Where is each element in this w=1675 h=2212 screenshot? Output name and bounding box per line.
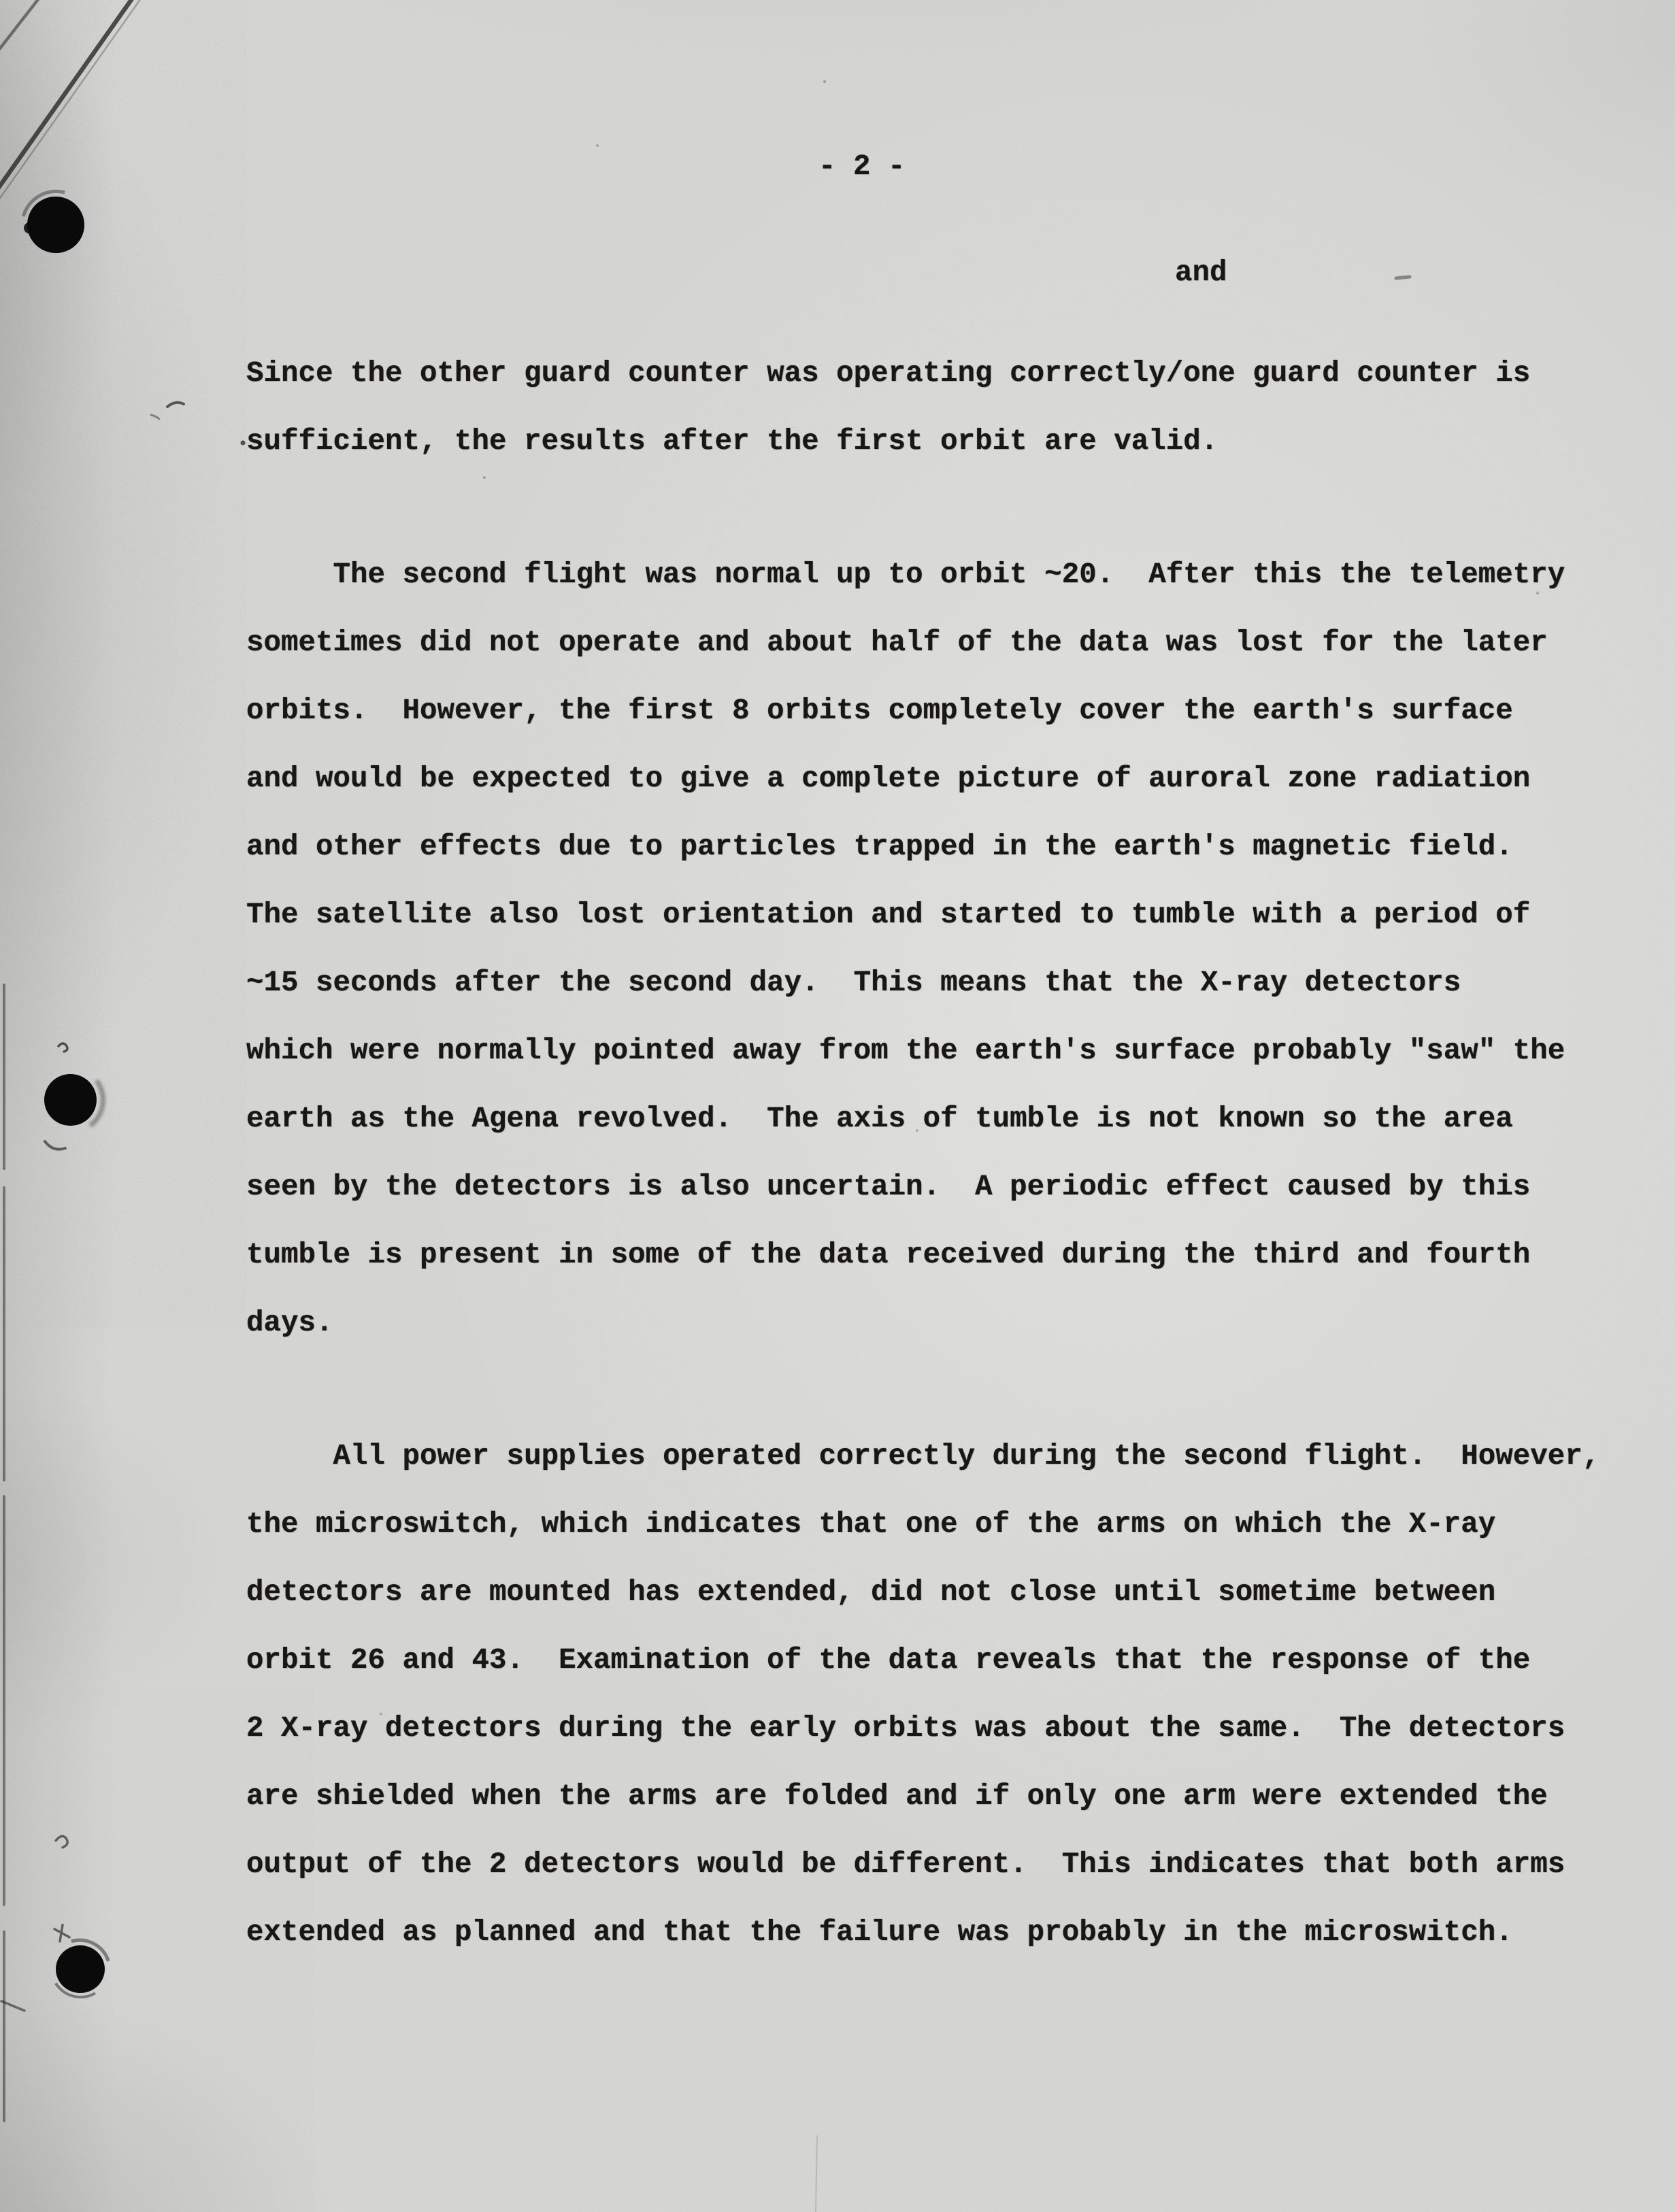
paragraph-3: All power supplies operated correctly du… xyxy=(246,1422,1634,1966)
text-line: output of the 2 detectors would be diffe… xyxy=(246,1830,1634,1898)
margin-pen-mark xyxy=(167,403,184,407)
text-line: earth as the Agena revolved. The axis of… xyxy=(246,1085,1634,1153)
punch-hole-bottom xyxy=(56,1945,105,1993)
text-line: sometimes did not operate and about half… xyxy=(246,609,1634,677)
text-line: Since the other guard counter was operat… xyxy=(246,339,1634,407)
corner-crease-line-short xyxy=(0,0,41,57)
edge-tick-mark xyxy=(1,2001,24,2011)
text-line: sufficient, the results after the first … xyxy=(246,407,1634,475)
text-line: and other effects due to particles trapp… xyxy=(246,813,1634,881)
text-line: orbit 26 and 43. Examination of the data… xyxy=(246,1626,1634,1694)
text-line: extended as planned and that the failure… xyxy=(246,1898,1634,1966)
page-number: - 2 - xyxy=(818,152,906,182)
bottom-crease-line xyxy=(816,2136,817,2212)
text-line: days. xyxy=(246,1289,1634,1357)
paragraph-1: Since the other guard counter was operat… xyxy=(246,339,1634,475)
text-line: All power supplies operated correctly du… xyxy=(246,1422,1634,1490)
text-line: 2 X-ray detectors during the early orbit… xyxy=(246,1694,1634,1762)
text-line: tumble is present in some of the data re… xyxy=(246,1221,1634,1289)
punch-hole-top xyxy=(24,193,88,257)
text-line: The second flight was normal up to orbit… xyxy=(246,541,1634,609)
text-line: which were normally pointed away from th… xyxy=(246,1017,1634,1085)
text-line: The satellite also lost orientation and … xyxy=(246,881,1634,949)
text-line: orbits. However, the first 8 orbits comp… xyxy=(246,677,1634,745)
document-body: Since the other guard counter was operat… xyxy=(246,274,1634,2032)
text-line: are shielded when the arms are folded an… xyxy=(246,1762,1634,1830)
ink-cross-mark xyxy=(54,1925,69,1941)
text-line: and would be expected to give a complete… xyxy=(246,745,1634,813)
scanned-document-page: - 2 - and Since the other guard counter … xyxy=(0,0,1675,2212)
ink-squiggle xyxy=(45,1141,65,1150)
punch-hole-middle xyxy=(44,1074,97,1126)
corner-crease-line xyxy=(0,0,134,197)
text-line: seen by the detectors is also uncertain.… xyxy=(246,1153,1634,1221)
text-line: ~15 seconds after the second day. This m… xyxy=(246,949,1634,1017)
text-line: detectors are mounted has extended, did … xyxy=(246,1558,1634,1626)
ink-squiggle xyxy=(59,1043,67,1052)
paragraph-2: The second flight was normal up to orbit… xyxy=(246,541,1634,1357)
text-line: the microswitch, which indicates that on… xyxy=(246,1490,1634,1558)
ink-squiggle xyxy=(56,1836,67,1847)
